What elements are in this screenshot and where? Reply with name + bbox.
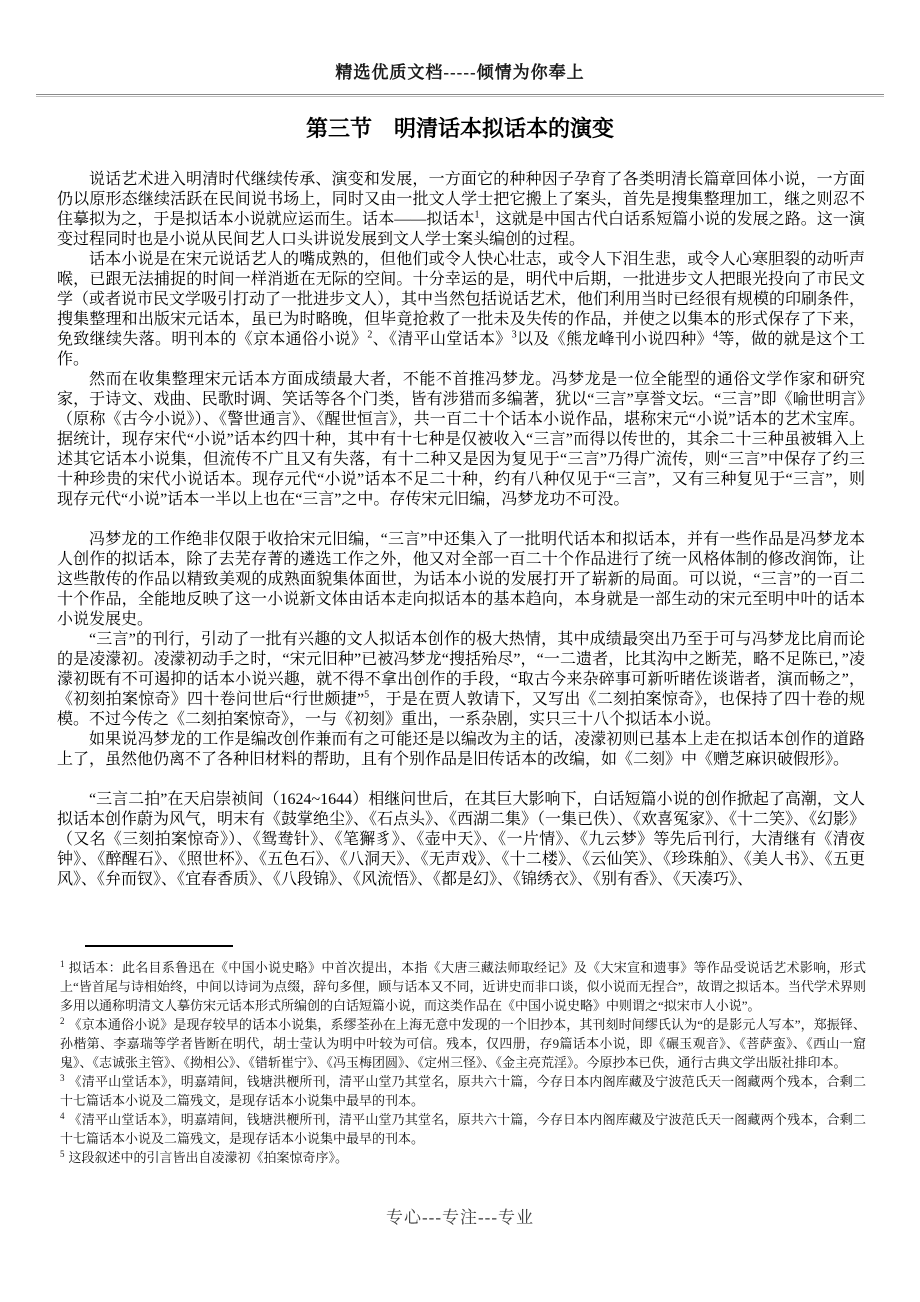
footnote-reference: 2 [367, 330, 372, 341]
paragraph: 说话艺术进入明清时代继续传承、演变和发展，一方面它的种种因子孕育了各类明清长篇章… [57, 170, 865, 250]
paragraph: 然而在收集整理宋元话本方面成绩最大者，不能不首推冯梦龙。冯梦龙是一位全能型的通俗… [57, 370, 865, 510]
footnote-item: 4《清平山堂话本》，明嘉靖间，钱塘洪楩所刊，清平山堂乃其堂名，原共六十篇，今存日… [60, 1110, 866, 1148]
paragraph: “三言二拍”在天启崇祯间（1624~1644）相继问世后，在其巨大影响下，白话短… [57, 790, 865, 890]
paragraph: “三言”的刊行，引动了一批有兴趣的文人拟话本创作的极大热情，其中成绩最突出乃至于… [57, 630, 865, 730]
footnote-reference: 5 [364, 690, 369, 701]
footnote-marker: 5 [60, 1149, 65, 1159]
footnote-marker: 1 [60, 959, 65, 969]
paragraph: 冯梦龙的工作绝非仅限于收拾宋元旧编，“三言”中还集入了一批明代话本和拟话本，并有… [57, 530, 865, 630]
footnote-item: 3《清平山堂话本》，明嘉靖间，钱塘洪楩所刊，清平山堂乃其堂名，原共六十篇，今存日… [60, 1072, 866, 1110]
footnote-reference: 3 [512, 330, 517, 341]
footnote-marker: 4 [60, 1111, 65, 1121]
paragraph: 如果说冯梦龙的工作是编改创作兼而有之可能还是以编改为主的话，凌濛初则已基本上走在… [57, 730, 865, 770]
footnote-marker: 2 [60, 1016, 65, 1026]
footnote-marker: 3 [60, 1073, 65, 1083]
paragraph: 话本小说是在宋元说话艺人的嘴成熟的，但他们或令人快心壮志，或令人下泪生悲，或令人… [57, 250, 865, 370]
footnotes-block: 1拟话本：此名目系鲁迅在《中国小说史略》中首次提出，本指《大唐三藏法师取经记》及… [60, 958, 866, 1167]
footnote-item: 1拟话本：此名目系鲁迅在《中国小说史略》中首次提出，本指《大唐三藏法师取经记》及… [60, 958, 866, 1015]
footnote-item: 5这段叙述中的引言皆出自凌濛初《拍案惊奇序》。 [60, 1148, 866, 1167]
page-header-text: 精选优质文档-----倾情为你奉上 [0, 58, 920, 83]
footnote-separator-line [85, 945, 233, 947]
document-body: 说话艺术进入明清时代继续传承、演变和发展，一方面它的种种因子孕育了各类明清长篇章… [57, 170, 865, 950]
page-footer-text: 专心---专注---专业 [0, 1203, 920, 1228]
document-page: 精选优质文档-----倾情为你奉上 第三节 明清话本拟话本的演变 说话艺术进入明… [0, 0, 920, 1302]
header-divider-line [36, 94, 884, 95]
footnote-item: 2《京本通俗小说》是现存较早的话本小说集，系缪荃孙在上海无意中发现的一个旧抄本，… [60, 1015, 866, 1072]
footnote-reference: 4 [713, 330, 718, 341]
section-title: 第三节 明清话本拟话本的演变 [0, 112, 920, 143]
footnote-reference: 1 [475, 210, 480, 221]
